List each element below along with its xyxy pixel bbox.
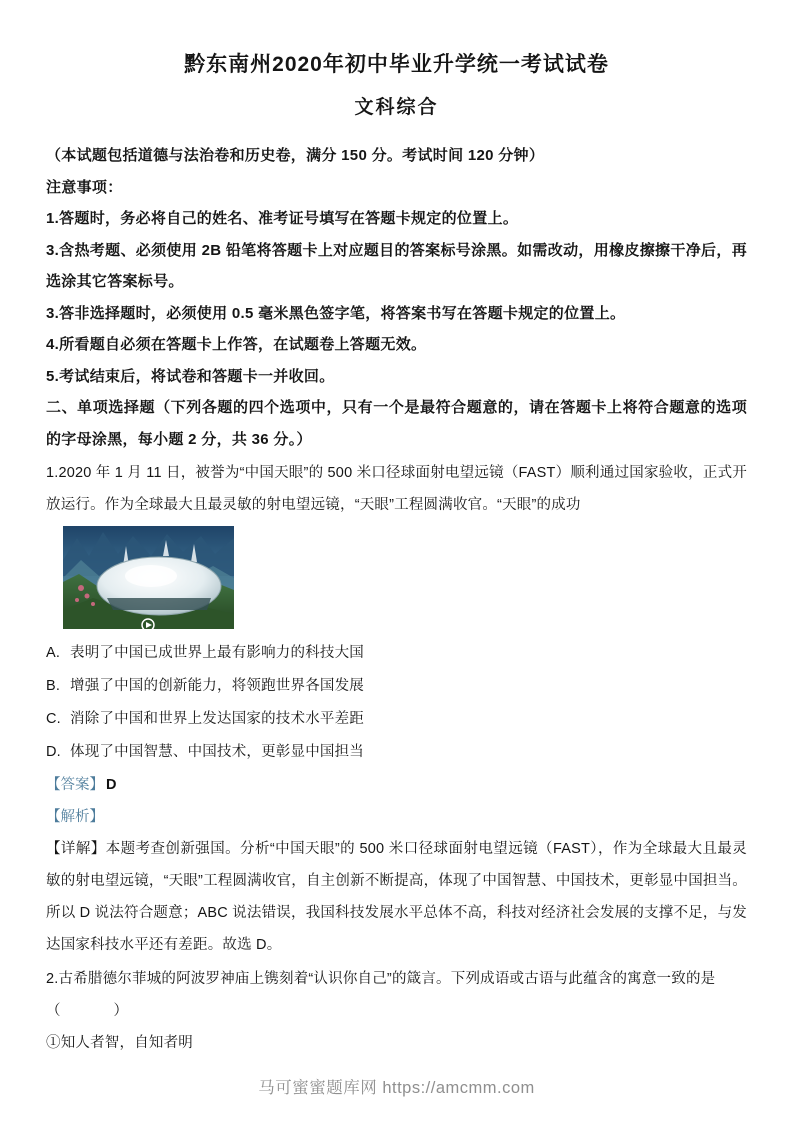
option-letter: D. bbox=[46, 736, 70, 769]
site-watermark: 马可蜜蜜题库网 https://amcmm.com bbox=[0, 1074, 793, 1098]
analysis-line: 【解析】 bbox=[46, 801, 747, 833]
question1-explanation: 【详解】本题考查创新强国。分析“中国天眼”的 500 米口径球面射电望远镜（FA… bbox=[46, 833, 747, 961]
notice-item: 5.考试结束后，将试卷和答题卡一并收回。 bbox=[46, 361, 747, 393]
page-title: 黔东南州2020年初中毕业升学统一考试试卷 bbox=[46, 50, 747, 80]
question1-option-a: A.表明了中国已成世界上最有影响力的科技大国 bbox=[46, 637, 747, 670]
option-letter: A. bbox=[46, 637, 70, 670]
analysis-marker: 【解析】 bbox=[46, 809, 104, 825]
option-text: 体现了中国智慧、中国技术，更彰显中国担当 bbox=[70, 744, 364, 760]
page-content: 黔东南州2020年初中毕业升学统一考试试卷 文科综合 （本试题包括道德与法治卷和… bbox=[0, 0, 793, 1060]
option-letter: C. bbox=[46, 703, 70, 736]
question1-stem: 1.2020 年 1 月 11 日，被誉为“中国天眼”的 500 米口径球面射电… bbox=[46, 457, 747, 521]
answer-marker: 【答案】 bbox=[46, 777, 104, 793]
question1-option-c: C.消除了中国和世界上发达国家的技术水平差距 bbox=[46, 703, 747, 736]
question1-image-wrap bbox=[63, 526, 747, 629]
question2-stem: 2.古希腊德尔菲城的阿波罗神庙上镌刻着“认识你自己”的箴言。下列成语或古语与此蕴… bbox=[46, 963, 747, 995]
question2-item-1: ①知人者智，自知者明 bbox=[46, 1027, 747, 1060]
section-header: 二、单项选择题（下列各题的四个选项中，只有一个是最符合题意的，请在答题卡上将符合… bbox=[46, 392, 747, 455]
notice-item: 1.答题时，务必将自己的姓名、准考证号填写在答题卡规定的位置上。 bbox=[46, 203, 747, 235]
notice-item: 3.答非选择题时，必须使用 0.5 毫米黑色签字笔，将答案书写在答题卡规定的位置… bbox=[46, 298, 747, 330]
answer-line: 【答案】D bbox=[46, 769, 747, 801]
answer-value: D bbox=[104, 777, 116, 793]
exam-info-line: （本试题包括道德与法治卷和历史卷，满分 150 分。考试时间 120 分钟） bbox=[46, 140, 747, 172]
option-text: 表明了中国已成世界上最有影响力的科技大国 bbox=[70, 645, 364, 661]
page-subtitle: 文科综合 bbox=[46, 94, 747, 122]
exam-paper-page: 黔东南州2020年初中毕业升学统一考试试卷 文科综合 （本试题包括道德与法治卷和… bbox=[0, 0, 793, 1122]
option-letter: B. bbox=[46, 670, 70, 703]
question2-answer-bracket: （ ） bbox=[46, 995, 747, 1027]
fast-telescope-photo bbox=[63, 526, 234, 629]
notice-item: 4.所看题自必须在答题卡上作答，在试题卷上答题无效。 bbox=[46, 329, 747, 361]
question1-option-d: D.体现了中国智慧、中国技术，更彰显中国担当 bbox=[46, 736, 747, 769]
notice-item: 3.含热考题、必须使用 2B 铅笔将答题卡上对应题目的答案标号涂黑。如需改动，用… bbox=[46, 235, 747, 298]
notice-heading: 注意事项： bbox=[46, 172, 747, 204]
question1-option-b: B.增强了中国的创新能力，将领跑世界各国发展 bbox=[46, 670, 747, 703]
option-text: 增强了中国的创新能力，将领跑世界各国发展 bbox=[70, 678, 364, 694]
option-text: 消除了中国和世界上发达国家的技术水平差距 bbox=[70, 711, 364, 727]
